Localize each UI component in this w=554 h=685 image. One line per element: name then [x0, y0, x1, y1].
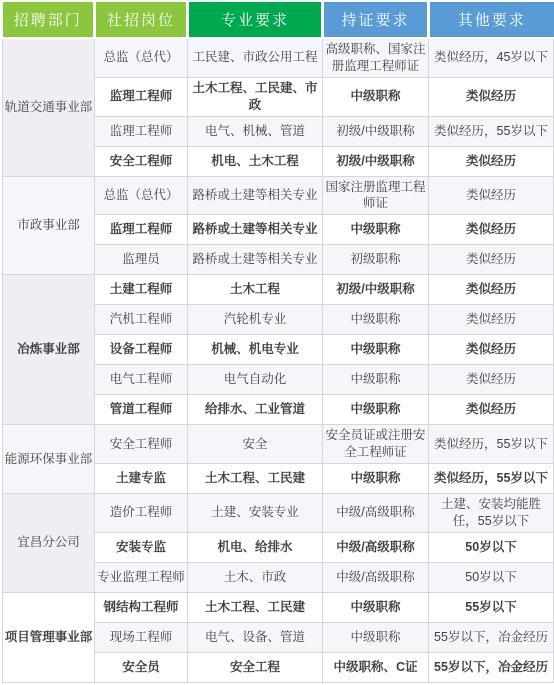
- other-cell: 55岁以下: [429, 592, 554, 622]
- position-cell: 监理工程师: [95, 77, 188, 116]
- table-row: 能源环保事业部安全工程师安全安全员证或注册安全工程师证类似经历，55岁以下: [3, 425, 554, 464]
- other-cell: 类似经历: [429, 245, 554, 275]
- certificate-cell: 安全员证或注册安全工程师证: [323, 425, 429, 464]
- other-cell: 类似经历: [429, 77, 554, 116]
- other-cell: 55岁以下，冶金经历: [429, 622, 554, 652]
- certificate-cell: 中级职称: [323, 622, 429, 652]
- major-cell: 机械、机电专业: [188, 335, 323, 365]
- department-cell: 轨道交通事业部: [3, 38, 95, 176]
- position-cell: 管道工程师: [95, 395, 188, 425]
- certificate-cell: 初级/中级职称: [323, 116, 429, 146]
- certificate-cell: 中级/高级职称: [323, 562, 429, 592]
- certificate-cell: 国家注册监理工程师证: [323, 176, 429, 215]
- major-cell: 机电、土木工程: [188, 146, 323, 176]
- major-cell: 机电、给排水: [188, 532, 323, 562]
- other-cell: 类似经历: [429, 305, 554, 335]
- major-cell: 汽轮机专业: [188, 305, 323, 335]
- position-cell: 安全工程师: [95, 146, 188, 176]
- position-cell: 监理工程师: [95, 215, 188, 245]
- certificate-cell: 中级职称: [323, 395, 429, 425]
- department-cell: 宜昌分公司: [3, 494, 95, 593]
- position-cell: 现场工程师: [95, 622, 188, 652]
- certificate-cell: 中级职称、C证: [323, 652, 429, 682]
- major-cell: 土建、安装专业: [188, 494, 323, 533]
- major-cell: 安全工程: [188, 652, 323, 682]
- position-cell: 设备工程师: [95, 335, 188, 365]
- position-cell: 总监（总代）: [95, 38, 188, 77]
- table-body: 轨道交通事业部总监（总代）工民建、市政公用工程高级职称、国家注册监理工程师证类似…: [3, 38, 554, 682]
- table-row: 市政事业部总监（总代）路桥或土建等相关专业国家注册监理工程师证类似经历: [3, 176, 554, 215]
- position-cell: 造价工程师: [95, 494, 188, 533]
- table-row: 项目管理事业部钢结构工程师土木工程、工民建中级职称55岁以下: [3, 592, 554, 622]
- certificate-cell: 初级/中级职称: [323, 146, 429, 176]
- department-cell: 能源环保事业部: [3, 425, 95, 494]
- position-cell: 专业监理工程师: [95, 562, 188, 592]
- position-cell: 土建专监: [95, 464, 188, 494]
- other-cell: 类似经历: [429, 275, 554, 305]
- table-row: 轨道交通事业部总监（总代）工民建、市政公用工程高级职称、国家注册监理工程师证类似…: [3, 38, 554, 77]
- position-cell: 总监（总代）: [95, 176, 188, 215]
- certificate-cell: 中级职称: [323, 305, 429, 335]
- recruitment-table: 招聘部门社招岗位专业要求持证要求其他要求 轨道交通事业部总监（总代）工民建、市政…: [2, 2, 554, 683]
- certificate-cell: 初级职称: [323, 245, 429, 275]
- other-cell: 类似经历，55岁以下: [429, 116, 554, 146]
- other-cell: 类似经历: [429, 176, 554, 215]
- column-header-certificate: 持证要求: [323, 2, 429, 38]
- certificate-cell: 中级职称: [323, 335, 429, 365]
- major-cell: 路桥或土建等相关专业: [188, 215, 323, 245]
- certificate-cell: 中级/高级职称: [323, 532, 429, 562]
- major-cell: 电气、设备、管道: [188, 622, 323, 652]
- certificate-cell: 中级职称: [323, 464, 429, 494]
- department-cell: 项目管理事业部: [3, 592, 95, 682]
- column-header-position: 社招岗位: [95, 2, 188, 38]
- position-cell: 安全工程师: [95, 425, 188, 464]
- position-cell: 安装专监: [95, 532, 188, 562]
- major-cell: 土木工程、工民建: [188, 592, 323, 622]
- other-cell: 50岁以下: [429, 562, 554, 592]
- major-cell: 安全: [188, 425, 323, 464]
- major-cell: 土木工程、工民建、市政: [188, 77, 323, 116]
- other-cell: 类似经历: [429, 395, 554, 425]
- position-cell: 监理工程师: [95, 116, 188, 146]
- position-cell: 钢结构工程师: [95, 592, 188, 622]
- major-cell: 路桥或土建等相关专业: [188, 245, 323, 275]
- certificate-cell: 初级/中级职称: [323, 275, 429, 305]
- other-cell: 55岁以下，冶金经历: [429, 652, 554, 682]
- major-cell: 土木工程、工民建: [188, 464, 323, 494]
- other-cell: 类似经历: [429, 146, 554, 176]
- table-row: 宜昌分公司造价工程师土建、安装专业中级/高级职称土建、安装均能胜任，55岁以下: [3, 494, 554, 533]
- other-cell: 类似经历，55岁以下: [429, 464, 554, 494]
- column-header-major: 专业要求: [188, 2, 323, 38]
- major-cell: 路桥或土建等相关专业: [188, 176, 323, 215]
- major-cell: 工民建、市政公用工程: [188, 38, 323, 77]
- position-cell: 监理员: [95, 245, 188, 275]
- position-cell: 土建工程师: [95, 275, 188, 305]
- position-cell: 安全员: [95, 652, 188, 682]
- other-cell: 类似经历: [429, 335, 554, 365]
- department-cell: 冶炼事业部: [3, 275, 95, 425]
- position-cell: 电气工程师: [95, 365, 188, 395]
- certificate-cell: 中级职称: [323, 215, 429, 245]
- column-header-other: 其他要求: [429, 2, 554, 38]
- certificate-cell: 中级职称: [323, 365, 429, 395]
- position-cell: 汽机工程师: [95, 305, 188, 335]
- other-cell: 类似经历: [429, 215, 554, 245]
- other-cell: 土建、安装均能胜任，55岁以下: [429, 494, 554, 533]
- page: 招聘部门社招岗位专业要求持证要求其他要求 轨道交通事业部总监（总代）工民建、市政…: [0, 0, 554, 685]
- major-cell: 电气自动化: [188, 365, 323, 395]
- major-cell: 土木、市政: [188, 562, 323, 592]
- table-row: 冶炼事业部土建工程师土木工程初级/中级职称类似经历: [3, 275, 554, 305]
- certificate-cell: 中级职称: [323, 77, 429, 116]
- other-cell: 类似经历，55岁以下: [429, 425, 554, 464]
- major-cell: 土木工程: [188, 275, 323, 305]
- major-cell: 电气、机械、管道: [188, 116, 323, 146]
- header-row: 招聘部门社招岗位专业要求持证要求其他要求: [3, 2, 554, 38]
- major-cell: 给排水、工业管道: [188, 395, 323, 425]
- other-cell: 50岁以下: [429, 532, 554, 562]
- column-header-department: 招聘部门: [3, 2, 95, 38]
- certificate-cell: 高级职称、国家注册监理工程师证: [323, 38, 429, 77]
- certificate-cell: 中级职称: [323, 592, 429, 622]
- other-cell: 类似经历: [429, 365, 554, 395]
- certificate-cell: 中级/高级职称: [323, 494, 429, 533]
- department-cell: 市政事业部: [3, 176, 95, 275]
- other-cell: 类似经历，45岁以下: [429, 38, 554, 77]
